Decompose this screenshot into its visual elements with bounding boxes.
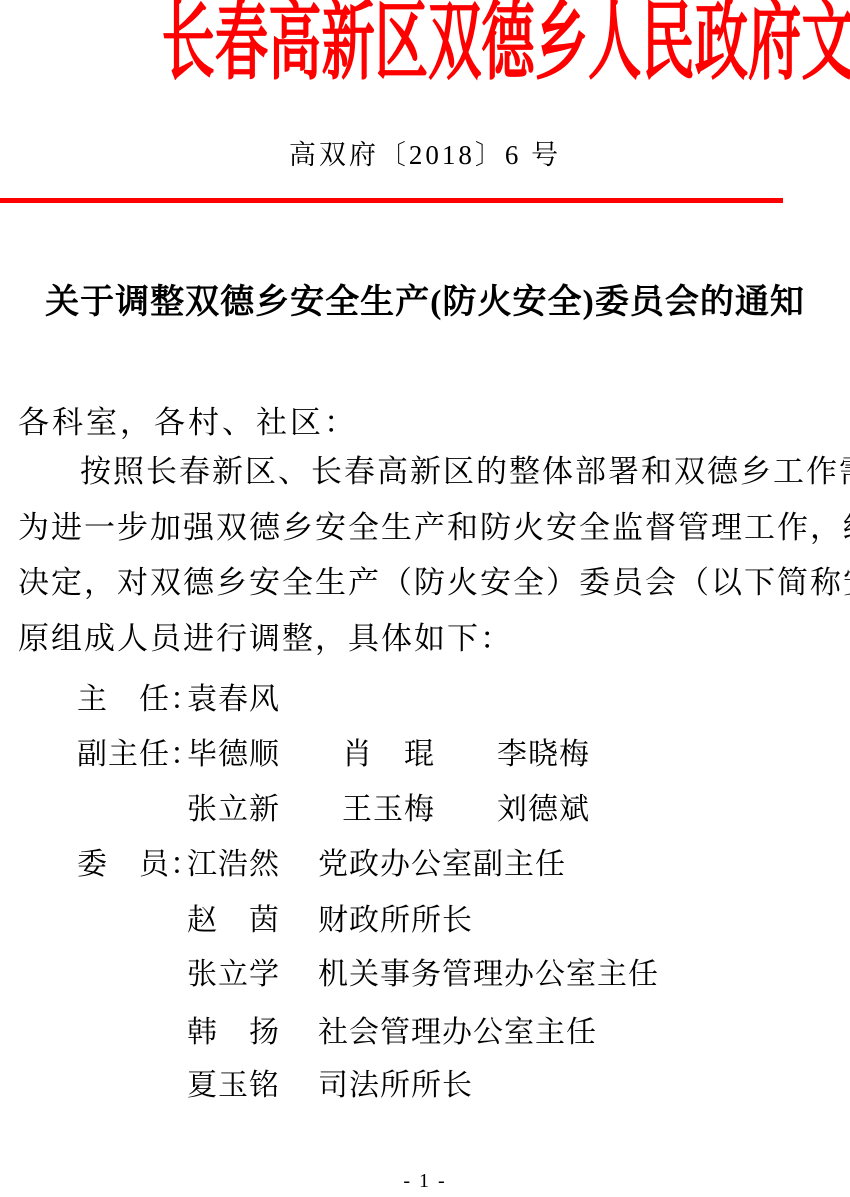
doc-number: 高双府〔2018〕6 号: [0, 133, 850, 172]
roster-role-label: 副主任：: [77, 729, 201, 773]
roster-member-name: 张立新 王玉梅 刘德斌: [187, 784, 590, 828]
roster-member-name: 袁春风: [187, 674, 280, 718]
salutation: 各科室，各村、社区：: [18, 397, 358, 442]
roster-member-title: 机关事务管理办公室主任: [318, 949, 659, 993]
roster-row: 赵 茵 财政所所长: [0, 895, 850, 937]
roster-member-name: 江浩然: [187, 839, 280, 883]
roster-member-name: 赵 茵: [187, 895, 280, 939]
roster-member-title: 社会管理办公室主任: [318, 1007, 597, 1051]
roster-role-label: 委 员：: [77, 839, 201, 883]
roster-row: 张立新 王玉梅 刘德斌: [0, 784, 850, 826]
roster-member-title: 党政办公室副主任: [318, 839, 566, 883]
page-number: - 1 -: [0, 1170, 850, 1193]
roster-member-title: 司法所所长: [318, 1060, 473, 1104]
body-paragraph-line: 按照长春新区、长春高新区的整体部署和双德乡工作需要，: [80, 446, 850, 491]
document-title: 关于调整双德乡安全生产(防火安全)委员会的通知: [0, 274, 850, 323]
roster-row: 韩 扬 社会管理办公室主任: [0, 1007, 850, 1049]
roster-row: 副主任： 毕德顺 肖 琨 李晓梅: [0, 729, 850, 771]
roster-row: 主 任： 袁春风: [0, 674, 850, 716]
roster-role-label: 主 任：: [77, 674, 201, 718]
body-paragraph-line: 决定，对双德乡安全生产（防火安全）委员会（以下简称安委会）: [18, 557, 850, 602]
roster-member-name: 韩 扬: [187, 1007, 280, 1051]
roster-member-name: 毕德顺 肖 琨 李晓梅: [187, 729, 590, 773]
roster-row: 张立学 机关事务管理办公室主任: [0, 949, 850, 991]
letterhead-org-title: 长春高新区双德乡人民政府文件: [162, 0, 689, 89]
document-page: 长春高新区双德乡人民政府文件 高双府〔2018〕6 号 关于调整双德乡安全生产(…: [0, 0, 850, 1197]
roster-row: 委 员： 江浩然 党政办公室副主任: [0, 839, 850, 881]
body-paragraph-line: 原组成人员进行调整，具体如下：: [18, 613, 513, 658]
red-separator-line: [0, 198, 783, 203]
roster-member-name: 张立学: [187, 949, 280, 993]
body-paragraph-line: 为进一步加强双德乡安全生产和防火安全监督管理工作，经研究: [18, 502, 850, 547]
roster-member-name: 夏玉铭: [187, 1060, 280, 1104]
roster-row: 夏玉铭 司法所所长: [0, 1060, 850, 1102]
roster-member-title: 财政所所长: [318, 895, 473, 939]
